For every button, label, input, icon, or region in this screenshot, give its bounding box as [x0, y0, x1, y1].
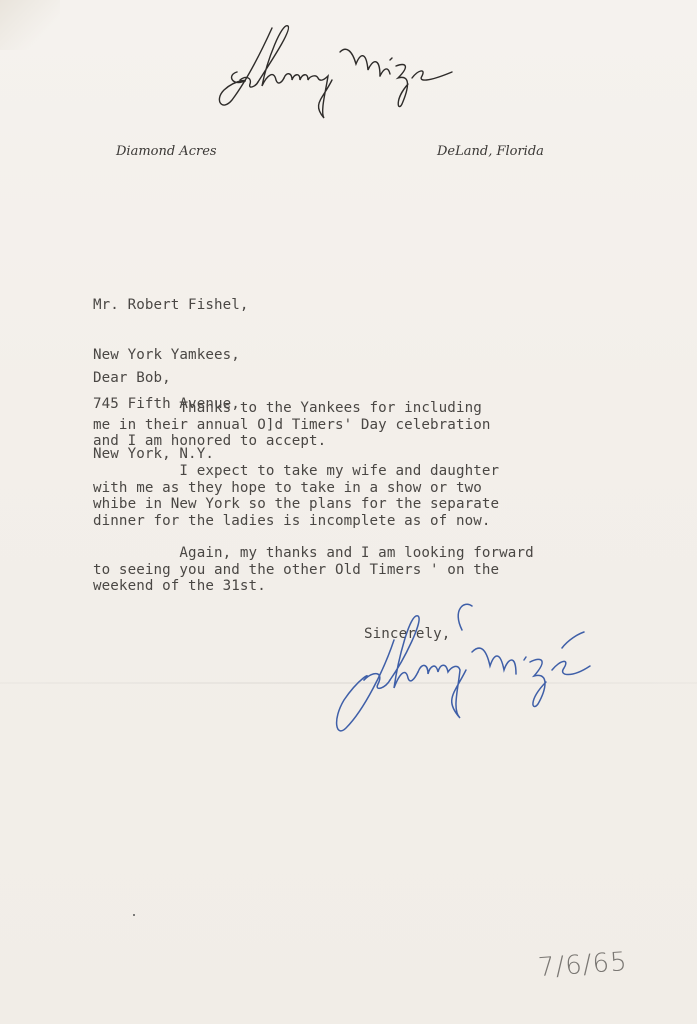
address-line: New York Yamkees,	[93, 347, 249, 364]
address-line: Mr. Robert Fishel,	[93, 297, 249, 314]
paper-corner-wear	[0, 0, 60, 50]
handwritten-date: 7/6/65	[537, 947, 629, 983]
paper-speck	[133, 914, 135, 916]
letterhead-right: DeLand, Florida	[437, 144, 544, 159]
handwritten-signature	[334, 600, 604, 740]
letterhead-signature-graphic	[212, 20, 472, 120]
body-paragraph: Thanks to the Yankees for including me i…	[93, 400, 491, 450]
letter-page: Diamond Acres DeLand, Florida Mr. Robert…	[0, 0, 697, 1024]
salutation: Dear Bob,	[93, 370, 171, 387]
body-paragraph: I expect to take my wife and daughter wi…	[93, 463, 499, 529]
body-paragraph: Again, my thanks and I am looking forwar…	[93, 545, 534, 595]
letterhead-left: Diamond Acres	[116, 144, 217, 159]
